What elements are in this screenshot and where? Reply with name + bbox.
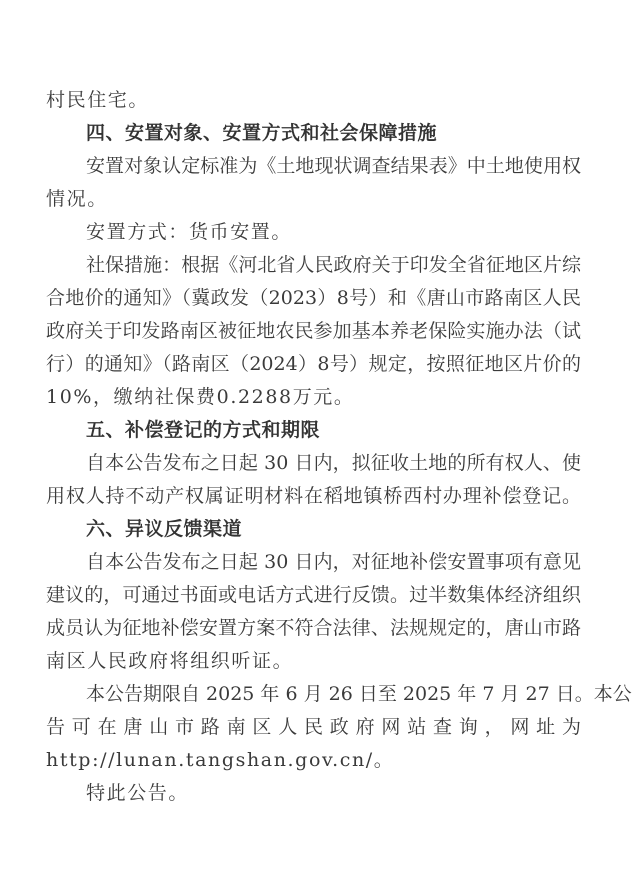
paragraph-line: 行）的通知》（路南区（2024）8号）规定，按照征地区片价的 bbox=[46, 352, 581, 376]
paragraph-line: 10%，缴纳社保费0.2288万元。 bbox=[46, 385, 581, 409]
paragraph-line: 村民住宅。 bbox=[46, 88, 581, 112]
paragraph-line: 南区人民政府将组织听证。 bbox=[46, 649, 581, 673]
paragraph-line: 社保措施：根据《河北省人民政府关于印发全省征地区片综 bbox=[86, 253, 581, 277]
paragraph-line: 安置对象认定标准为《土地现状调查结果表》中土地使用权 bbox=[86, 154, 581, 178]
paragraph-line: 建议的，可通过书面或电话方式进行反馈。过半数集体经济组织 bbox=[46, 583, 581, 607]
paragraph-line: 用权人持不动产权属证明材料在稻地镇桥西村办理补偿登记。 bbox=[46, 484, 581, 508]
paragraph-line: 情况。 bbox=[46, 187, 581, 211]
paragraph-line: http://lunan.tangshan.gov.cn/。 bbox=[46, 748, 581, 772]
section-heading: 四、安置对象、安置方式和社会保障措施 bbox=[86, 121, 581, 145]
paragraph-line: 政府关于印发路南区被征地农民参加基本养老保险实施办法（试 bbox=[46, 319, 581, 343]
paragraph-line: 本公告期限自 2025 年 6 月 26 日至 2025 年 7 月 27 日。… bbox=[86, 682, 581, 706]
paragraph-line: 合地价的通知》（冀政发（2023）8号）和《唐山市路南区人民 bbox=[46, 286, 581, 310]
paragraph-line: 安置方式：货币安置。 bbox=[86, 220, 581, 244]
paragraph-line: 特此公告。 bbox=[86, 781, 581, 805]
paragraph-line: 成员认为征地补偿安置方案不符合法律、法规规定的，唐山市路 bbox=[46, 616, 581, 640]
section-heading: 五、补偿登记的方式和期限 bbox=[86, 418, 581, 442]
paragraph-line: 自本公告发布之日起 30 日内，拟征收土地的所有权人、使 bbox=[86, 451, 581, 475]
paragraph-line: 自本公告发布之日起 30 日内，对征地补偿安置事项有意见 bbox=[86, 550, 581, 574]
paragraph-line: 告可在唐山市路南区人民政府网站查询，网址为 bbox=[46, 715, 581, 739]
section-heading: 六、异议反馈渠道 bbox=[86, 517, 581, 541]
